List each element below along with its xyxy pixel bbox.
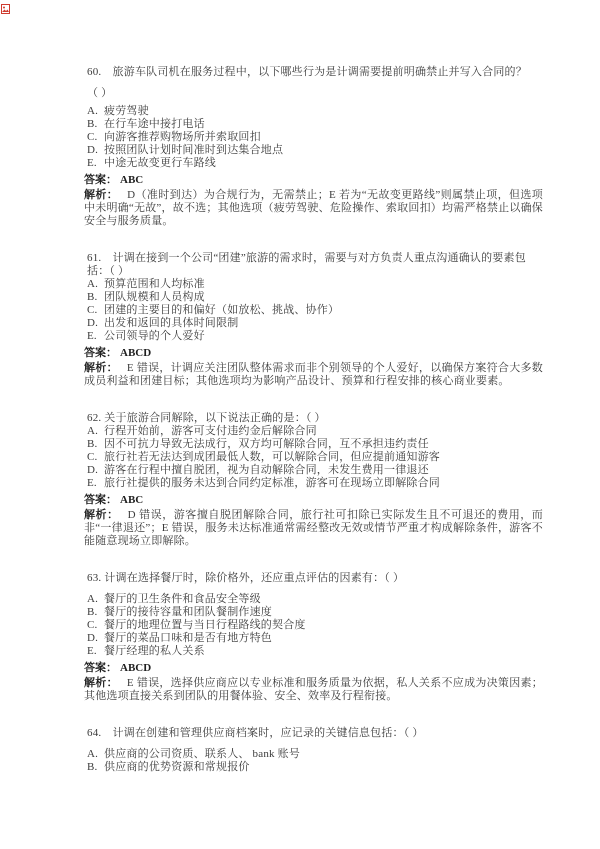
option-key: A.: [87, 278, 104, 291]
question-stem-line: 62. 关于旅游合同解除，以下说法正确的是：（ ）: [87, 412, 543, 425]
option-row: E. 旅行社提供的服务未达到合同约定标准，游客可在现场立即解除合同: [87, 477, 543, 490]
option-row: E. 中途无故变更行车路线: [87, 157, 543, 170]
analysis: 解析：D（准时到达）为合规行为，无需禁止；E 若为“无故变更路线”则属禁止项，但…: [84, 189, 543, 228]
analysis-text: D（准时到达）为合规行为，无需禁止；E 若为“无故变更路线”则属禁止项，但选项中…: [84, 189, 543, 227]
analysis: 解析：D 错误，游客擅自脱团解除合同，旅行社可扣除已实际发生且不可退还的费用，而…: [84, 509, 543, 548]
option-key: B.: [87, 606, 104, 619]
option-text: 出发和返回的具体时间限制: [104, 317, 543, 330]
option-key: D.: [87, 317, 104, 330]
question-stem-line: 63. 计调在选择餐厅时，除价格外，还应重点评估的因素有：（ ）: [87, 572, 543, 585]
option-row: C. 餐厅的地理位置与当日行程路线的契合度: [87, 619, 543, 632]
question-stem-line: （ ）: [87, 87, 543, 100]
option-text: 公司领导的个人爱好: [104, 330, 543, 343]
option-key: D.: [87, 464, 104, 477]
option-key: C.: [87, 451, 104, 464]
question-block: 60. 旅游车队司机在服务过程中，以下哪些行为是计调需要提前明确禁止并写入合同的…: [87, 66, 543, 228]
answer-value: ABC: [120, 174, 143, 186]
option-text: 餐厅的地理位置与当日行程路线的契合度: [104, 619, 543, 632]
answer-line: 答案：ABCD: [84, 347, 543, 360]
spacer: [87, 585, 543, 593]
option-key: A.: [87, 593, 104, 606]
option-text: 因不可抗力导致无法成行，双方均可解除合同，互不承担违约责任: [104, 438, 543, 451]
option-key: D.: [87, 632, 104, 645]
question-block: 62. 关于旅游合同解除，以下说法正确的是：（ ） A. 行程开始前，游客可支付…: [87, 412, 543, 548]
answer-line: 答案：ABCD: [84, 662, 543, 675]
option-row: C. 向游客推荐购物场所并索取回扣: [87, 131, 543, 144]
option-key: E.: [87, 645, 104, 658]
option-key: B.: [87, 118, 104, 131]
option-text: 行程开始前，游客可支付违约金后解除合同: [104, 425, 543, 438]
analysis-text: E 错误，计调应关注团队整体需求而非个别领导的个人爱好，以确保方案符合大多数成员…: [84, 362, 543, 387]
answer-line: 答案：ABC: [84, 494, 543, 507]
option-row: B. 供应商的优势资源和常规报价: [87, 761, 543, 774]
option-row: B. 因不可抗力导致无法成行，双方均可解除合同，互不承担违约责任: [87, 438, 543, 451]
option-row: B. 在行车途中接打电话: [87, 118, 543, 131]
option-row: D. 游客在行程中擅自脱团，视为自动解除合同，未发生费用一律退还: [87, 464, 543, 477]
option-text: 餐厅的接待容量和团队餐制作速度: [104, 606, 543, 619]
option-key: A.: [87, 748, 104, 761]
spacer: [87, 740, 543, 748]
option-row: A. 餐厅的卫生条件和食品安全等级: [87, 593, 543, 606]
option-row: D. 餐厅的菜品口味和是否有地方特色: [87, 632, 543, 645]
answer-label: 答案：: [84, 174, 117, 186]
option-key: A.: [87, 105, 104, 118]
option-text: 按照团队计划时间准时到达集合地点: [104, 144, 543, 157]
question-block: 61. 计调在接到一个公司“团建”旅游的需求时，需要与对方负责人重点沟通确认的要…: [87, 252, 543, 388]
analysis-label: 解析：: [84, 509, 119, 521]
question-stem-line: 括：（ ）: [87, 265, 543, 278]
option-text: 餐厅的菜品口味和是否有地方特色: [104, 632, 543, 645]
analysis-text: E 错误，选择供应商应以专业标准和服务质量为依据，私人关系不应成为决策因素；其他…: [84, 677, 543, 702]
question-stem-line: 64. 计调在创建和管理供应商档案时，应记录的关键信息包括：（ ）: [87, 727, 543, 740]
option-text: 餐厅的卫生条件和食品安全等级: [104, 593, 543, 606]
option-row: B. 团队规模和人员构成: [87, 291, 543, 304]
option-text: 预算范围和人均标准: [104, 278, 543, 291]
option-row: E. 公司领导的个人爱好: [87, 330, 543, 343]
analysis: 解析：E 错误，选择供应商应以专业标准和服务质量为依据，私人关系不应成为决策因素…: [84, 677, 543, 703]
question-stem-line: 60. 旅游车队司机在服务过程中，以下哪些行为是计调需要提前明确禁止并写入合同的…: [87, 66, 543, 79]
option-key: E.: [87, 157, 104, 170]
option-key: B.: [87, 291, 104, 304]
option-row: A. 疲劳驾驶: [87, 105, 543, 118]
analysis-label: 解析：: [84, 189, 118, 201]
option-text: 向游客推荐购物场所并索取回扣: [104, 131, 543, 144]
option-row: B. 餐厅的接待容量和团队餐制作速度: [87, 606, 543, 619]
analysis: 解析：E 错误，计调应关注团队整体需求而非个别领导的个人爱好，以确保方案符合大多…: [84, 362, 543, 388]
answer-label: 答案：: [84, 662, 117, 674]
option-text: 团建的主要目的和偏好（如放松、挑战、协作）: [104, 304, 543, 317]
answer-label: 答案：: [84, 347, 117, 359]
option-row: C. 团建的主要目的和偏好（如放松、挑战、协作）: [87, 304, 543, 317]
option-key: C.: [87, 304, 104, 317]
option-key: B.: [87, 438, 104, 451]
option-text: 在行车途中接打电话: [104, 118, 543, 131]
option-row: C. 旅行社若无法达到成团最低人数，可以解除合同，但应提前通知游客: [87, 451, 543, 464]
answer-value: ABCD: [120, 662, 151, 674]
option-row: E. 餐厅经理的私人关系: [87, 645, 543, 658]
option-text: 旅行社提供的服务未达到合同约定标准，游客可在现场立即解除合同: [104, 477, 543, 490]
analysis-label: 解析：: [84, 362, 118, 374]
option-key: E.: [87, 477, 104, 490]
option-key: C.: [87, 619, 104, 632]
answer-value: ABC: [120, 494, 143, 506]
option-key: D.: [87, 144, 104, 157]
answer-label: 答案：: [84, 494, 117, 506]
option-text: 疲劳驾驶: [104, 105, 543, 118]
answer-value: ABCD: [120, 347, 151, 359]
option-text: 游客在行程中擅自脱团，视为自动解除合同，未发生费用一律退还: [104, 464, 543, 477]
answer-line: 答案：ABC: [84, 174, 543, 187]
option-row: D. 按照团队计划时间准时到达集合地点: [87, 144, 543, 157]
option-text: 中途无故变更行车路线: [104, 157, 543, 170]
option-key: B.: [87, 761, 104, 774]
option-row: A. 行程开始前，游客可支付违约金后解除合同: [87, 425, 543, 438]
option-row: A. 供应商的公司资质、联系人、 bank 账号: [87, 748, 543, 761]
broken-image-icon: [1, 4, 10, 14]
option-text: 旅行社若无法达到成团最低人数，可以解除合同，但应提前通知游客: [104, 451, 543, 464]
option-row: A. 预算范围和人均标准: [87, 278, 543, 291]
option-text: 供应商的公司资质、联系人、 bank 账号: [104, 748, 543, 761]
question-block: 64. 计调在创建和管理供应商档案时，应记录的关键信息包括：（ ） A. 供应商…: [87, 727, 543, 774]
option-key: C.: [87, 131, 104, 144]
option-row: D. 出发和返回的具体时间限制: [87, 317, 543, 330]
option-key: E.: [87, 330, 104, 343]
question-stem-line: 61. 计调在接到一个公司“团建”旅游的需求时，需要与对方负责人重点沟通确认的要…: [87, 252, 543, 265]
analysis-text: D 错误，游客擅自脱团解除合同，旅行社可扣除已实际发生且不可退还的费用，而非“一…: [84, 509, 543, 547]
analysis-label: 解析：: [84, 677, 118, 689]
question-block: 63. 计调在选择餐厅时，除价格外，还应重点评估的因素有：（ ） A. 餐厅的卫…: [87, 572, 543, 703]
option-text: 团队规模和人员构成: [104, 291, 543, 304]
option-key: A.: [87, 425, 104, 438]
option-text: 供应商的优势资源和常规报价: [104, 761, 543, 774]
option-text: 餐厅经理的私人关系: [104, 645, 543, 658]
